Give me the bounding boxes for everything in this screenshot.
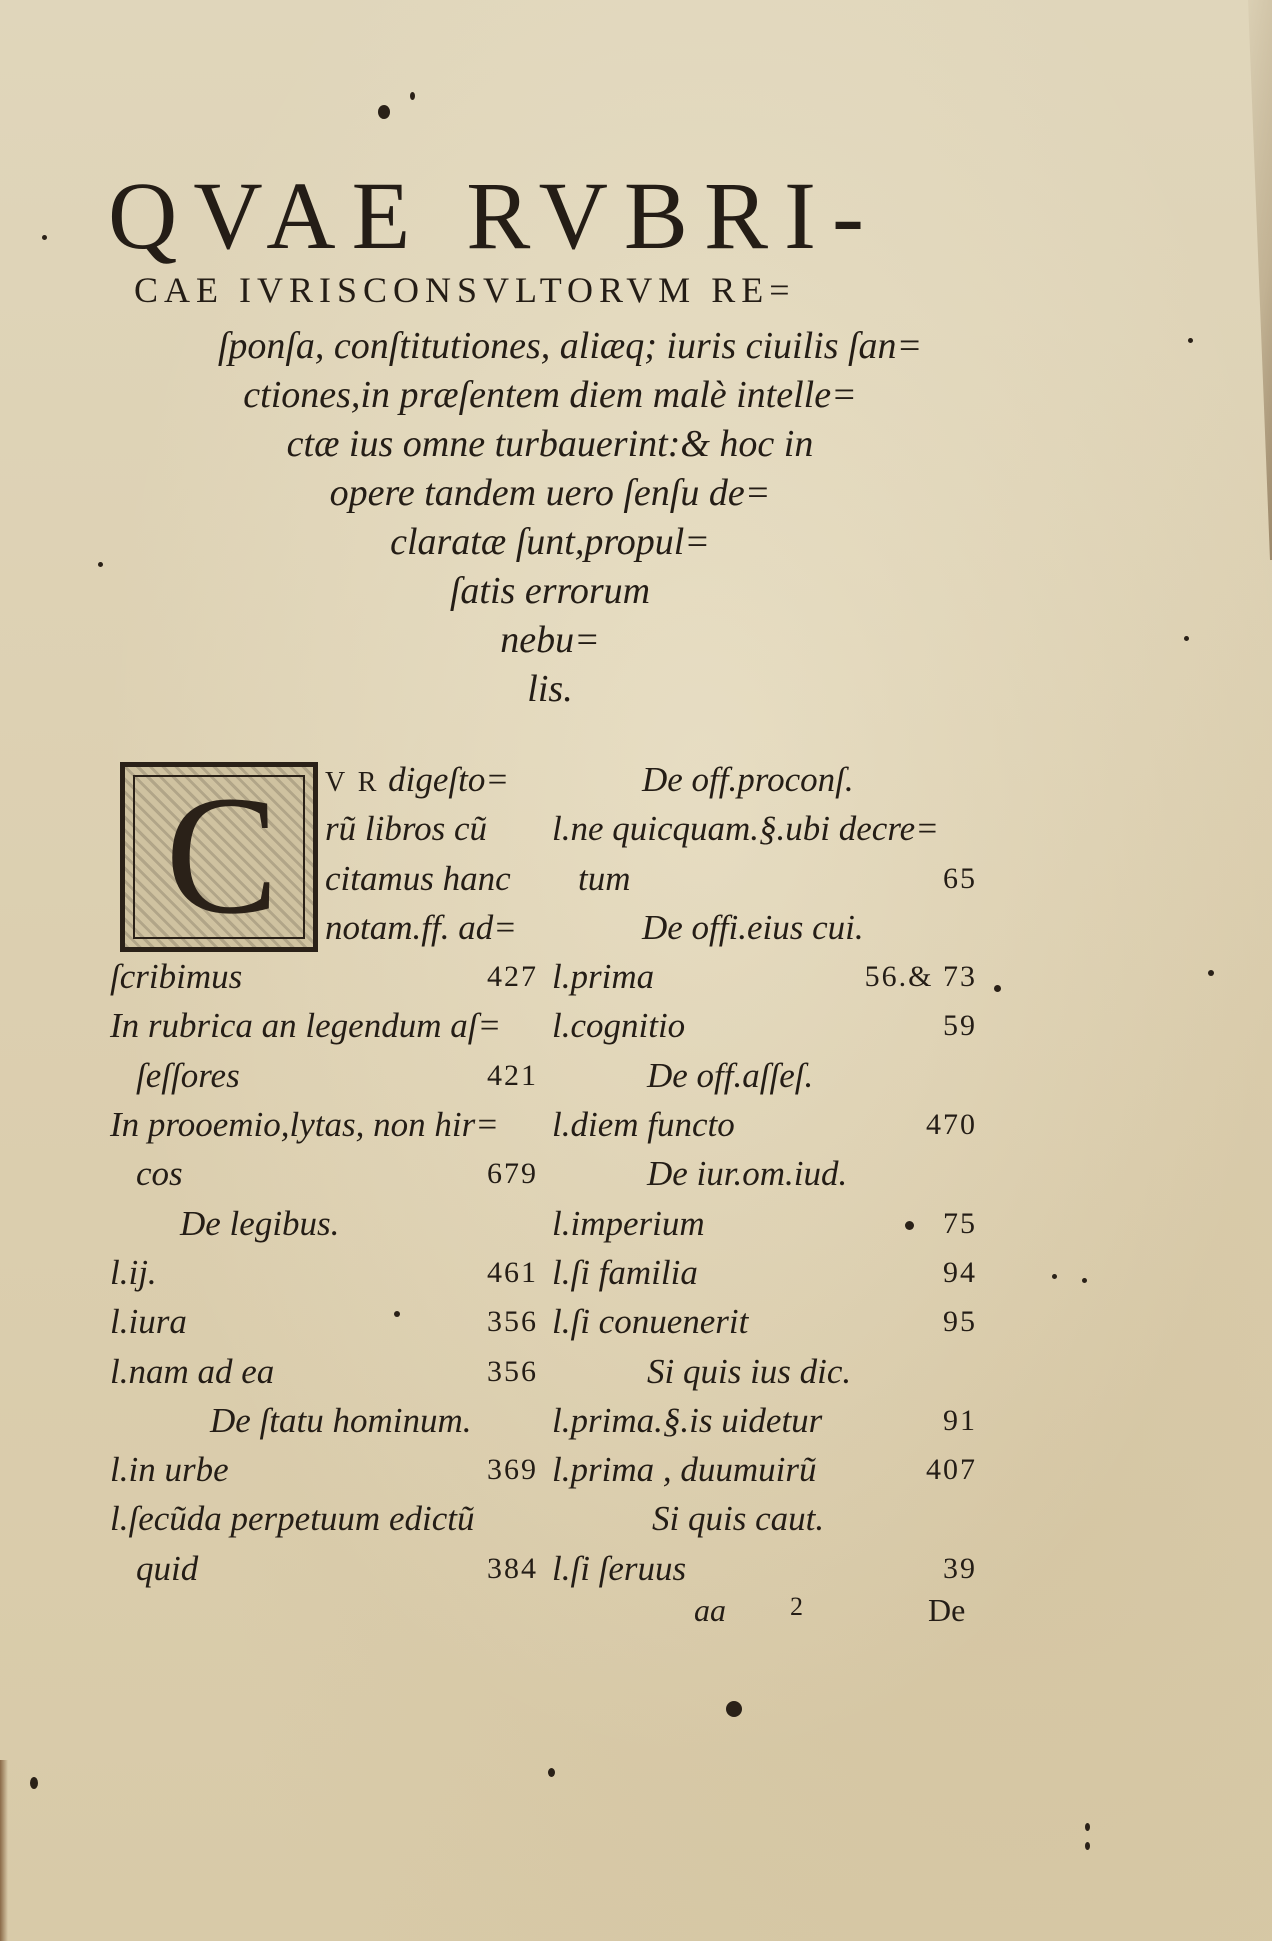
index-text: l.ſecũda perpetuum edictũ [110, 1494, 474, 1543]
page-ref: 421 [487, 1051, 538, 1100]
title-line-2: CAE IVRISCONSVLTORVM RE= [134, 268, 974, 312]
heading-text: De ſtatu hominum. [210, 1396, 472, 1445]
page-ref: 384 [487, 1544, 538, 1593]
title-italic-line: lis. [0, 665, 1100, 713]
index-text: l.in urbe [110, 1445, 229, 1494]
page-ref: 679 [487, 1149, 538, 1198]
index-column-left: V R digeſto= rũ libros cũ citamus hanc n… [110, 755, 538, 1593]
index-text: l.ſi conuenerit [552, 1297, 748, 1346]
title-line-1: QVAE RVBRI- [108, 168, 988, 264]
index-row: l.cognitio59 [552, 1001, 977, 1050]
page-ref: 59 [943, 1001, 977, 1050]
index-row: cos679 [110, 1149, 538, 1198]
index-text: l.ſi ſeruus [552, 1544, 686, 1593]
index-row: l.prima56.& 73 [552, 952, 977, 1001]
ink-spot [42, 235, 47, 240]
index-text: l.prima.§.is uidetur [552, 1396, 822, 1445]
index-row: rũ libros cũ [110, 804, 538, 853]
index-text: rũ libros cũ [325, 804, 487, 853]
ink-spot [726, 1701, 742, 1717]
index-row: l.in urbe369 [110, 1445, 538, 1494]
index-row: In rubrica an legendum aſ= [110, 1001, 538, 1050]
ink-spot [1085, 1842, 1090, 1850]
signature-mark: aa [694, 1592, 726, 1629]
index-text: quid [136, 1544, 198, 1593]
heading-text: De off.aſſeſ. [647, 1051, 813, 1100]
index-row: l.ſi ſeruus39 [552, 1544, 977, 1593]
title-italic-line: ſponſa, conſtitutiones, aliæq; iuris ciu… [20, 322, 1120, 370]
heading-text: Si quis ius dic. [647, 1347, 851, 1396]
index-text: l.imperium [552, 1199, 705, 1248]
index-text: In rubrica an legendum aſ= [110, 1001, 501, 1050]
index-text: l.ſi familia [552, 1248, 698, 1297]
ink-spot [378, 105, 390, 119]
index-row: l.ſi familia94 [552, 1248, 977, 1297]
index-row: l.ſi conuenerit95 [552, 1297, 977, 1346]
index-row: V R digeſto= [110, 755, 538, 804]
index-row: ſeſſores421 [110, 1051, 538, 1100]
section-heading: Si quis caut. [552, 1494, 977, 1543]
index-text: V R digeſto= [325, 755, 509, 807]
ink-spot [30, 1777, 38, 1789]
index-text: l.cognitio [552, 1001, 685, 1050]
section-heading: De legibus. [110, 1199, 538, 1248]
title-italic-line: ctæ ius omne turbauerint:& hoc in [0, 420, 1100, 468]
index-row: l.prima.§.is uidetur91 [552, 1396, 977, 1445]
heading-text: Si quis caut. [652, 1494, 824, 1543]
index-text: In prooemio,lytas, non hir= [110, 1100, 499, 1149]
index-text: ſcribimus [110, 952, 242, 1001]
page-ref: 470 [926, 1100, 977, 1149]
page-ref: 356 [487, 1297, 538, 1346]
section-heading: De off.proconſ. [552, 755, 977, 804]
page-ref: 91 [943, 1396, 977, 1445]
title-italic-line: nebu= [0, 616, 1100, 664]
section-heading: De offi.eius cui. [552, 903, 977, 952]
index-column-right: De off.proconſ. l.ne quicquam.§.ubi decr… [552, 755, 977, 1593]
index-row: l.ſecũda perpetuum edictũ [110, 1494, 538, 1543]
page-ref: 65 [943, 854, 977, 903]
page-ref: 369 [487, 1445, 538, 1494]
index-text: l.nam ad ea [110, 1347, 274, 1396]
signature-number: 2 [790, 1592, 803, 1622]
index-row: notam.ff. ad= [110, 903, 538, 952]
index-text: citamus hanc [325, 854, 511, 903]
ink-spot [410, 92, 415, 100]
page-ref: 407 [926, 1445, 977, 1494]
page-ref: 75 [943, 1199, 977, 1248]
page-ref: 95 [943, 1297, 977, 1346]
title-italic-line: claratæ ſunt,propul= [0, 518, 1100, 566]
section-heading: De ſtatu hominum. [110, 1396, 538, 1445]
page-ref: 56.& 73 [865, 952, 977, 1001]
index-text: l.diem functo [552, 1100, 735, 1149]
index-row: l.ne quicquam.§.ubi decre= [552, 804, 977, 853]
index-text: tum [578, 854, 631, 903]
index-text: l.prima , duumuirũ [552, 1445, 816, 1494]
ink-spot [1184, 636, 1189, 641]
index-row: l.imperium75 [552, 1199, 977, 1248]
index-row: ſcribimus427 [110, 952, 538, 1001]
ink-spot [994, 985, 1001, 992]
index-row: In prooemio,lytas, non hir= [110, 1100, 538, 1149]
ink-spot [1208, 970, 1214, 976]
index-text: l.ne quicquam.§.ubi decre= [552, 804, 939, 853]
page-ref: 356 [487, 1347, 538, 1396]
page-ref: 427 [487, 952, 538, 1001]
index-row: citamus hanc [110, 854, 538, 903]
heading-text: De iur.om.iud. [647, 1149, 847, 1198]
ink-spot [1052, 1274, 1057, 1279]
page-ref: 39 [943, 1544, 977, 1593]
index-row: l.iura356 [110, 1297, 538, 1346]
book-page: QVAE RVBRI- CAE IVRISCONSVLTORVM RE= ſpo… [0, 0, 1272, 1941]
index-text: l.ij. [110, 1248, 157, 1297]
index-text: cos [136, 1149, 183, 1198]
index-text: l.iura [110, 1297, 187, 1346]
index-text: notam.ff. ad= [325, 903, 517, 952]
ink-spot [1188, 338, 1193, 343]
heading-text: De offi.eius cui. [642, 903, 864, 952]
page-edge-right [1232, 0, 1272, 560]
ink-spot [1082, 1278, 1087, 1283]
section-heading: Si quis ius dic. [552, 1347, 977, 1396]
index-row: tum65 [552, 854, 977, 903]
catchword: De [928, 1592, 965, 1629]
page-ref: 94 [943, 1248, 977, 1297]
ink-spot [548, 1768, 555, 1777]
section-heading: De off.aſſeſ. [552, 1051, 977, 1100]
index-row: l.prima , duumuirũ407 [552, 1445, 977, 1494]
index-row: l.nam ad ea356 [110, 1347, 538, 1396]
title-italic-line: ctiones,in præſentem diem malè intelle= [0, 371, 1100, 419]
index-row: l.ij.461 [110, 1248, 538, 1297]
section-heading: De iur.om.iud. [552, 1149, 977, 1198]
ink-spot [1085, 1823, 1090, 1831]
title-italic-line: ſatis errorum [0, 567, 1100, 615]
page-ref: 461 [487, 1248, 538, 1297]
index-row: quid384 [110, 1544, 538, 1593]
page-edge-left [0, 1760, 8, 1941]
index-text: l.prima [552, 952, 654, 1001]
heading-text: De off.proconſ. [642, 755, 854, 804]
heading-text: De legibus. [180, 1199, 339, 1248]
index-text: ſeſſores [136, 1051, 240, 1100]
index-row: l.diem functo470 [552, 1100, 977, 1149]
title-italic-line: opere tandem uero ſenſu de= [0, 469, 1100, 517]
